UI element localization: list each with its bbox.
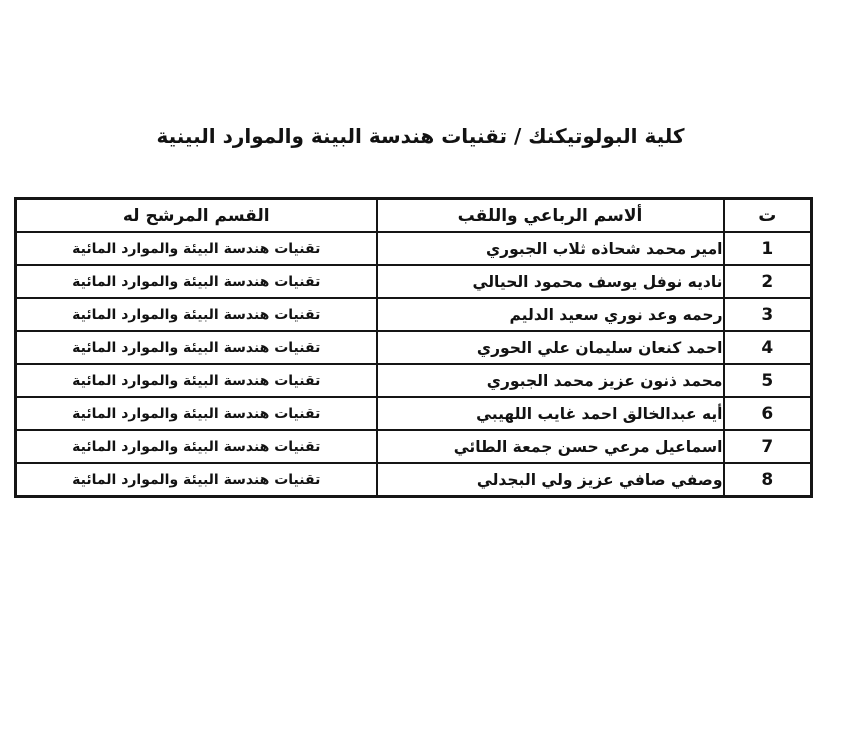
row-name: ناديه نوفل يوسف محمود الحيالي [377, 265, 724, 298]
row-name: اسماعيل مرعي حسن جمعة الطائي [377, 430, 724, 463]
table-row: 8 وصفي صافي عزيز ولي البجدلي تقنيات هندس… [16, 463, 812, 497]
row-name: أيه عبدالخالق احمد غايب اللهيبي [377, 397, 724, 430]
row-index: 3 [724, 298, 812, 331]
row-department: تقنيات هندسة البيئة والموارد المائية [16, 397, 377, 430]
row-index: 8 [724, 463, 812, 497]
candidates-table: ت ألاسم الرباعي واللقب القسم المرشح له 1… [14, 197, 813, 498]
row-index: 5 [724, 364, 812, 397]
row-name: احمد كنعان سليمان علي الحوري [377, 331, 724, 364]
row-department: تقنيات هندسة البيئة والموارد المائية [16, 364, 377, 397]
row-department: تقنيات هندسة البيئة والموارد المائية [16, 331, 377, 364]
table-row: 2 ناديه نوفل يوسف محمود الحيالي تقنيات ه… [16, 265, 812, 298]
row-index: 2 [724, 265, 812, 298]
row-department: تقنيات هندسة البيئة والموارد المائية [16, 232, 377, 265]
row-department: تقنيات هندسة البيئة والموارد المائية [16, 265, 377, 298]
row-department: تقنيات هندسة البيئة والموارد المائية [16, 463, 377, 497]
row-department: تقنيات هندسة البيئة والموارد المائية [16, 298, 377, 331]
table-header-row: ت ألاسم الرباعي واللقب القسم المرشح له [16, 199, 812, 233]
table-row: 7 اسماعيل مرعي حسن جمعة الطائي تقنيات هن… [16, 430, 812, 463]
scanned-document-page: كلية البولوتيكنك / تقنيات هندسة البينة و… [0, 0, 841, 741]
row-index: 6 [724, 397, 812, 430]
page-title: كلية البولوتيكنك / تقنيات هندسة البينة و… [0, 124, 841, 148]
row-index: 7 [724, 430, 812, 463]
row-name: رحمه وعد نوري سعيد الدليم [377, 298, 724, 331]
column-header-name: ألاسم الرباعي واللقب [377, 199, 724, 233]
column-header-department: القسم المرشح له [16, 199, 377, 233]
row-index: 1 [724, 232, 812, 265]
row-index: 4 [724, 331, 812, 364]
table-row: 4 احمد كنعان سليمان علي الحوري تقنيات هن… [16, 331, 812, 364]
row-name: محمد ذنون عزيز محمد الجبوري [377, 364, 724, 397]
column-header-index: ت [724, 199, 812, 233]
table-row: 6 أيه عبدالخالق احمد غايب اللهيبي تقنيات… [16, 397, 812, 430]
table-row: 5 محمد ذنون عزيز محمد الجبوري تقنيات هند… [16, 364, 812, 397]
row-department: تقنيات هندسة البيئة والموارد المائية [16, 430, 377, 463]
row-name: وصفي صافي عزيز ولي البجدلي [377, 463, 724, 497]
table-row: 3 رحمه وعد نوري سعيد الدليم تقنيات هندسة… [16, 298, 812, 331]
row-name: امير محمد شحاذه ثلاب الجبوري [377, 232, 724, 265]
table-row: 1 امير محمد شحاذه ثلاب الجبوري تقنيات هن… [16, 232, 812, 265]
